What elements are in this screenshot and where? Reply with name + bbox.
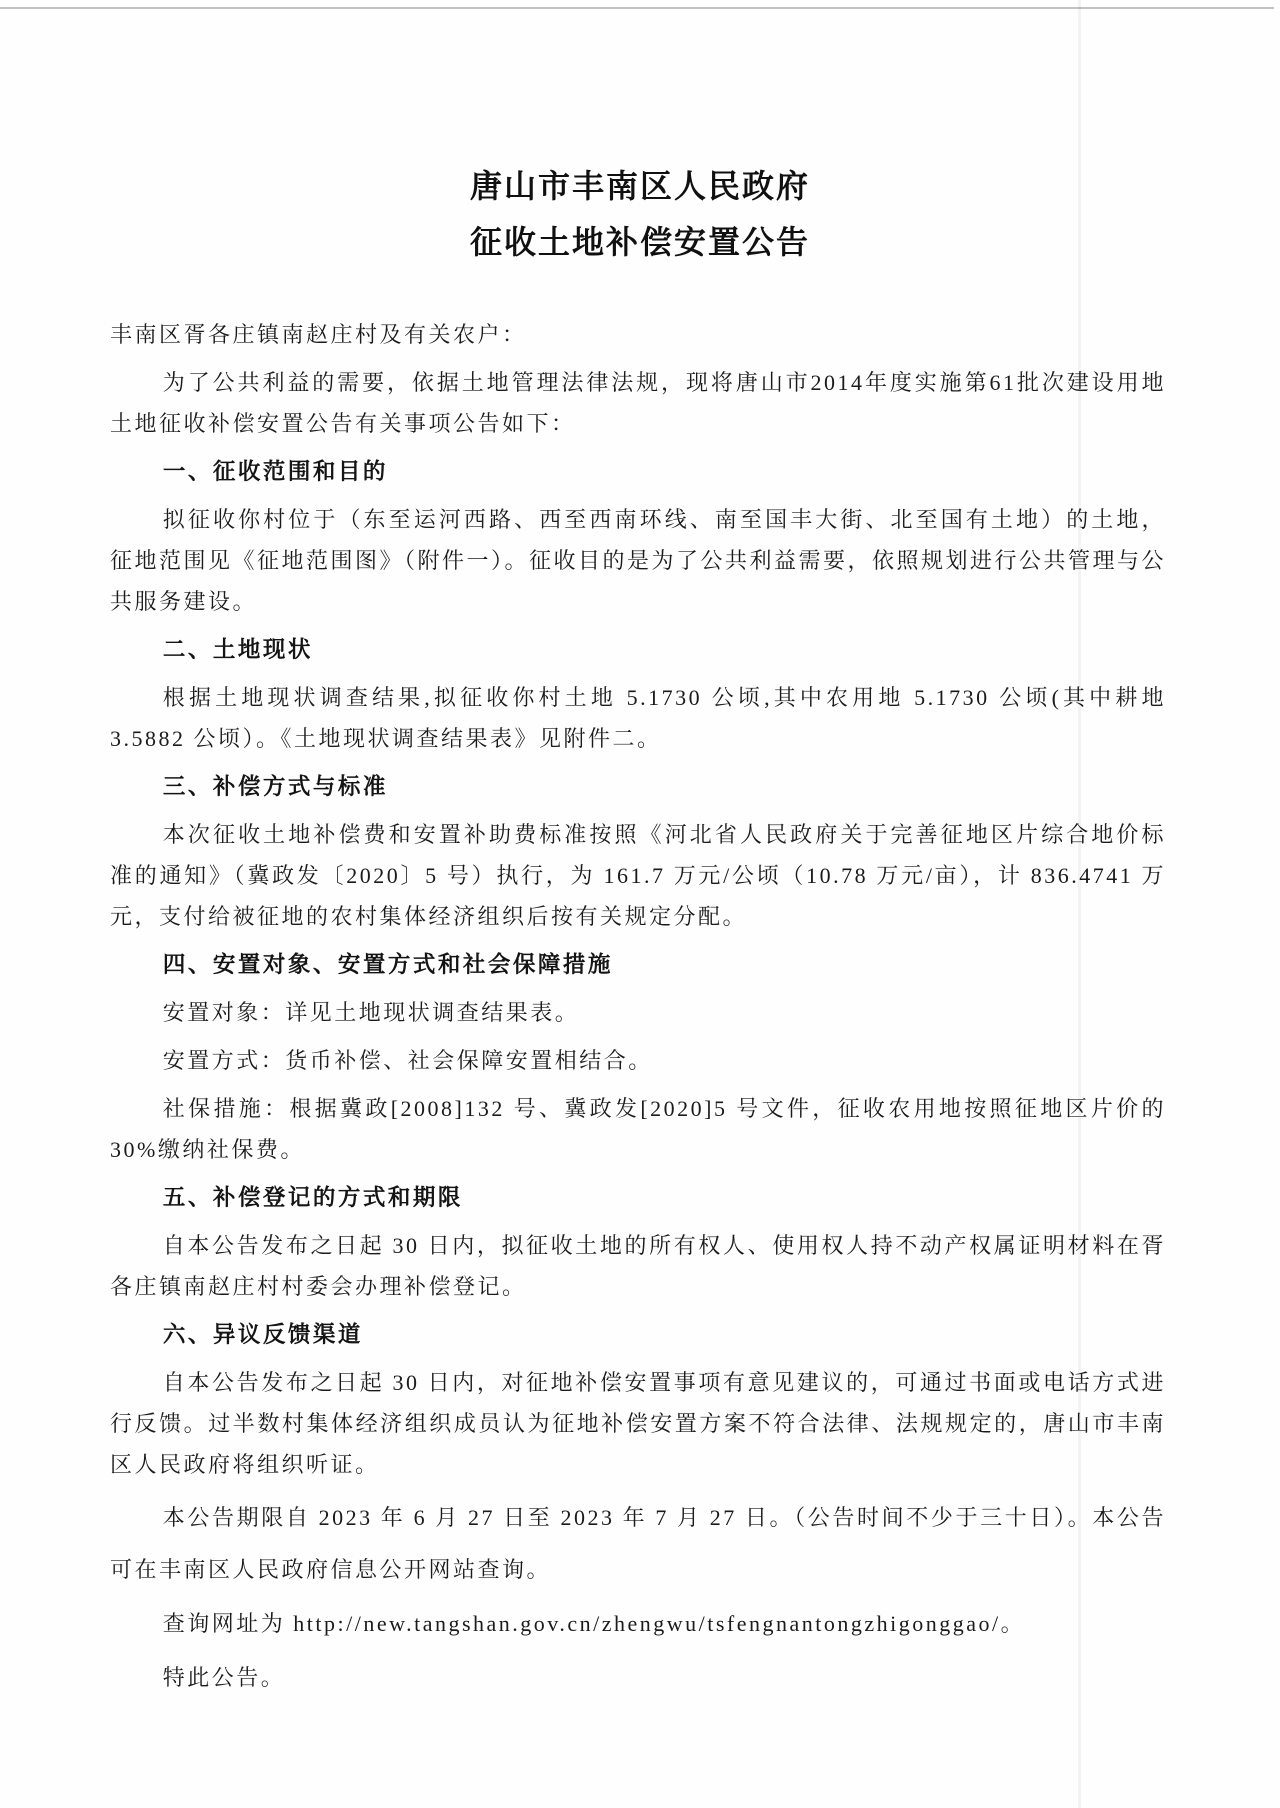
- section-5-heading: 五、补偿登记的方式和期限: [110, 1177, 1166, 1218]
- section-1-heading: 一、征收范围和目的: [110, 451, 1166, 492]
- section-3-paragraph: 本次征收土地补偿费和安置补助费标准按照《河北省人民政府关于完善征地区片综合地价标…: [110, 814, 1166, 937]
- section-4-heading: 四、安置对象、安置方式和社会保障措施: [110, 944, 1166, 985]
- announcement-body: 丰南区胥各庄镇南赵庄村及有关农户： 为了公共利益的需要，依据土地管理法律法规，现…: [110, 314, 1166, 1706]
- section-6-heading: 六、异议反馈渠道: [110, 1314, 1166, 1355]
- closing-block: 本公告期限自 2023 年 6 月 27 日至 2023 年 7 月 27 日。…: [110, 1492, 1166, 1704]
- section-3-heading: 三、补偿方式与标准: [110, 766, 1166, 807]
- intro-paragraph: 为了公共利益的需要，依据土地管理法律法规，现将唐山市2014年度实施第61批次建…: [110, 362, 1166, 444]
- section-4-paragraph-social-security: 社保措施：根据冀政[2008]132 号、冀政发[2020]5 号文件，征收农用…: [110, 1088, 1166, 1170]
- scanned-announcement-page: 唐山市丰南区人民政府 征收土地补偿安置公告 丰南区胥各庄镇南赵庄村及有关农户： …: [0, 0, 1280, 1808]
- closing-final-statement: 特此公告。: [110, 1652, 1166, 1704]
- section-1-paragraph: 拟征收你村位于（东至运河西路、西至西南环线、南至国丰大街、北至国有土地）的土地，…: [110, 499, 1166, 622]
- closing-announcement-period: 本公告期限自 2023 年 6 月 27 日至 2023 年 7 月 27 日。…: [110, 1492, 1166, 1596]
- title-line-1: 唐山市丰南区人民政府: [0, 158, 1280, 214]
- salutation: 丰南区胥各庄镇南赵庄村及有关农户：: [110, 314, 1166, 355]
- document-title: 唐山市丰南区人民政府 征收土地补偿安置公告: [0, 158, 1280, 270]
- closing-query-url: 查询网址为 http://new.tangshan.gov.cn/zhengwu…: [110, 1598, 1166, 1650]
- section-2-heading: 二、土地现状: [110, 629, 1166, 670]
- section-2-paragraph: 根据土地现状调查结果,拟征收你村土地 5.1730 公顷,其中农用地 5.173…: [110, 677, 1166, 759]
- scan-edge-line: [0, 7, 1274, 9]
- section-5-paragraph: 自本公告发布之日起 30 日内，拟征收土地的所有权人、使用权人持不动产权属证明材…: [110, 1225, 1166, 1307]
- title-line-2: 征收土地补偿安置公告: [0, 214, 1280, 270]
- section-4-paragraph-resettlement-method: 安置方式：货币补偿、社会保障安置相结合。: [110, 1040, 1166, 1081]
- section-6-paragraph: 自本公告发布之日起 30 日内，对征地补偿安置事项有意见建议的，可通过书面或电话…: [110, 1362, 1166, 1485]
- section-4-paragraph-resettlement-target: 安置对象：详见土地现状调查结果表。: [110, 992, 1166, 1033]
